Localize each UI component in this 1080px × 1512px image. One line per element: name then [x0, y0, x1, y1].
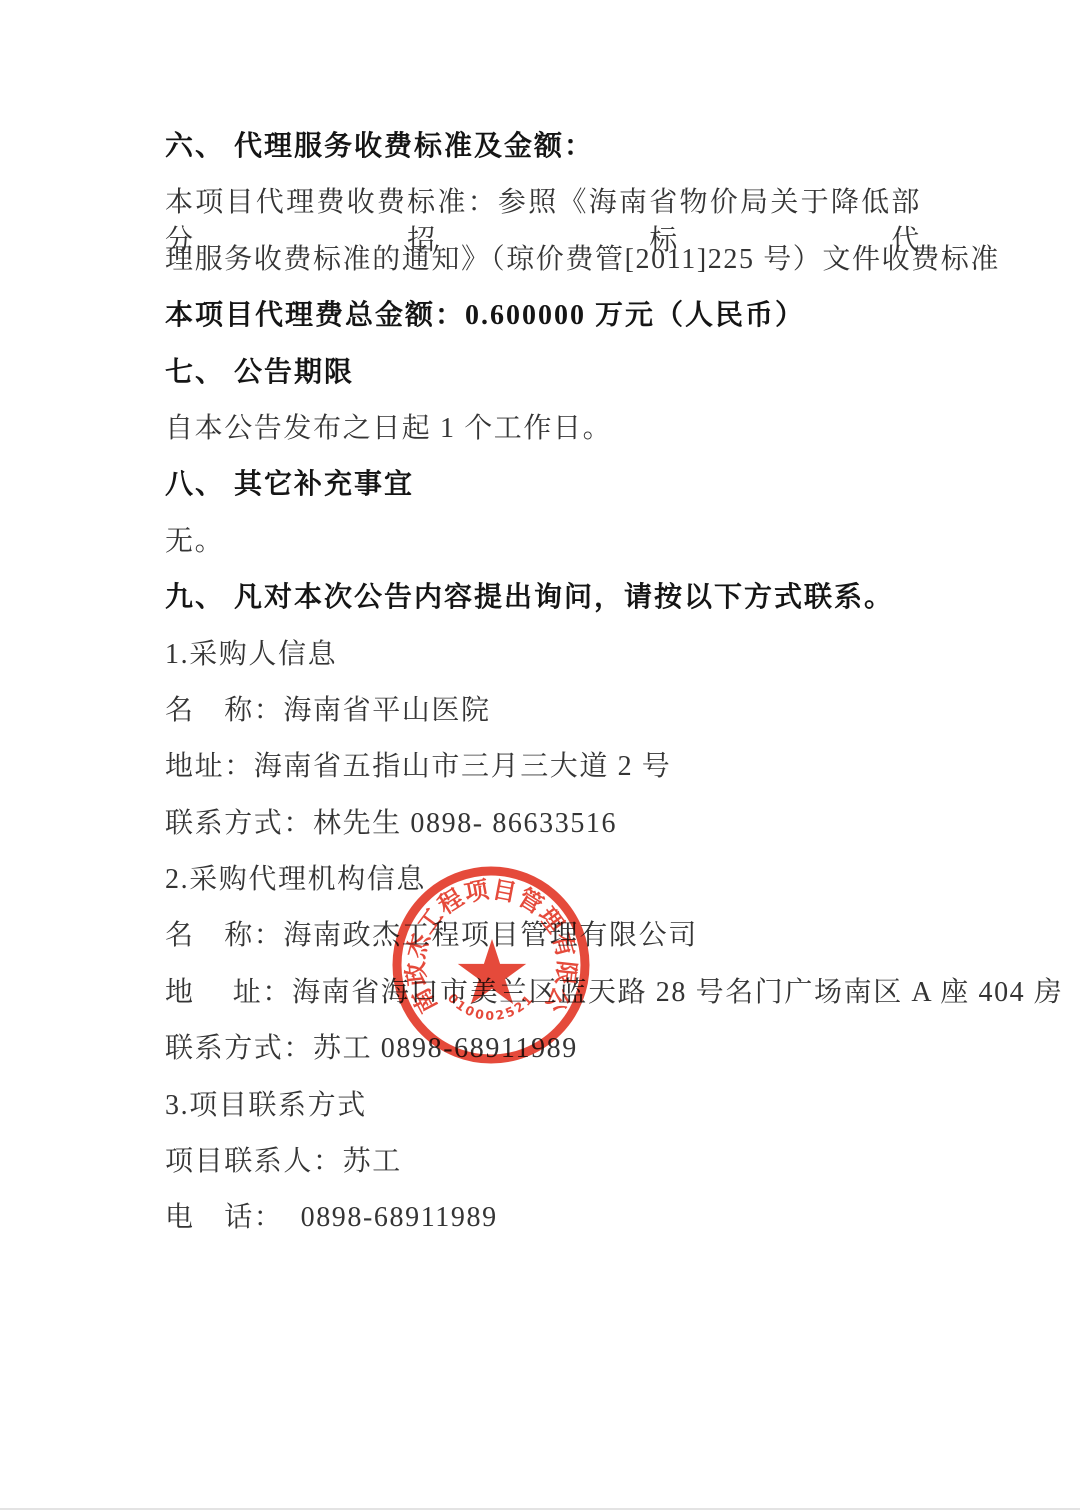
page-bottom-edge — [0, 1508, 1080, 1510]
text-line: 3.项目联系方式 — [165, 1087, 921, 1143]
text-line: 1.采购人信息 — [165, 636, 921, 692]
text-line: 名 称：海南省平山医院 — [165, 692, 921, 748]
text-line: 本项目代理费总金额：0.600000 万元（人民币） — [165, 297, 921, 353]
text-line: 电 话： 0898-68911989 — [165, 1199, 921, 1255]
text-line: 地址：海南省五指山市三月三大道 2 号 — [165, 748, 921, 804]
text-line: 本项目代理费收费标准：参照《海南省物价局关于降低部分招标代 — [165, 184, 921, 240]
document-lines: 六、 代理服务收费标准及金额：本项目代理费收费标准：参照《海南省物价局关于降低部… — [165, 128, 921, 1256]
text-line: 联系方式：林先生 0898- 86633516 — [165, 805, 921, 861]
star-icon — [458, 939, 526, 1004]
text-line: 无。 — [165, 523, 921, 579]
document-page: 六、 代理服务收费标准及金额：本项目代理费收费标准：参照《海南省物价局关于降低部… — [0, 0, 1080, 1512]
text-line: 八、 其它补充事宜 — [165, 466, 921, 522]
text-line: 六、 代理服务收费标准及金额： — [165, 128, 921, 184]
text-line: 七、 公告期限 — [165, 354, 921, 410]
official-seal: 海南政杰工程项目管理有限公司 4601000252179 — [381, 855, 601, 1075]
text-line: 项目联系人：苏工 — [165, 1143, 921, 1199]
text-line: 九、 凡对本次公告内容提出询问，请按以下方式联系。 — [165, 579, 921, 635]
text-line: 自本公告发布之日起 1 个工作日。 — [165, 410, 921, 466]
text-line: 理服务收费标准的通知》（琼价费管[2011]225 号）文件收费标准 — [165, 241, 921, 297]
